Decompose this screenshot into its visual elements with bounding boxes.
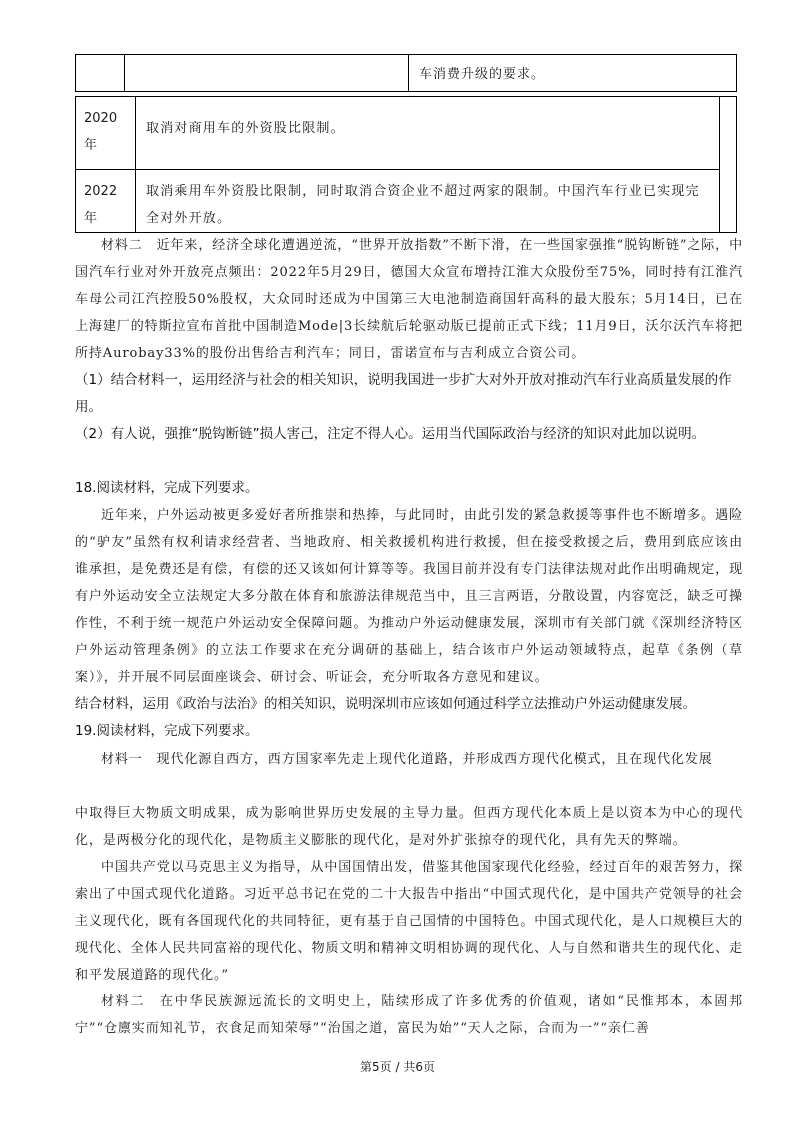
page-number: 第5页 / 共6页	[0, 1058, 795, 1075]
table-side-column	[719, 97, 736, 232]
q18-question: 结合材料，运用《政治与法治》的相关知识，说明深圳市应该如何通过科学立法推动户外运…	[75, 691, 743, 718]
q19-material1-para2: 中国共产党以马克思主义为指导，从中国国情出发，借鉴其他国家现代化经验，经过百年的…	[75, 854, 743, 989]
year-cell: 2020 年	[76, 97, 136, 169]
q18-material: 近年来，户外运动被更多爱好者所推崇和热捧，与此同时，由此引发的紧急救援等事件也不…	[75, 502, 743, 691]
year-value: 2022	[84, 178, 135, 205]
document-page: 车消费升级的要求。 2020 年 取消对商用车的外资股比限制。 2022 年 取…	[0, 0, 795, 1125]
q19-material1-line1: 材料一 现代化源自西方，西方国家率先走上现代化道路，并形成西方现代化模式，且在现…	[75, 746, 743, 773]
q18-heading: 18.阅读材料，完成下列要求。	[75, 475, 743, 502]
policy-description: 取消对商用车的外资股比限制。	[136, 97, 719, 169]
table-cell-empty	[76, 55, 125, 91]
table-cell-text: 车消费升级的要求。	[409, 55, 736, 91]
table-continuation: 车消费升级的要求。	[75, 54, 737, 92]
policy-description: 取消乘用车外资股比限制，同时取消合资企业不超过两家的限制。中国汽车行业已实现完全…	[136, 170, 719, 233]
year-cell: 2022 年	[76, 170, 136, 233]
q19-material2: 材料二 在中华民族源远流长的文明史上，陆续形成了许多优秀的价值观，诸如“民惟邦本…	[75, 988, 743, 1042]
policy-table: 2020 年 取消对商用车的外资股比限制。 2022 年 取消乘用车外资股比限制…	[75, 96, 737, 233]
table-row: 2022 年 取消乘用车外资股比限制，同时取消合资企业不超过两家的限制。中国汽车…	[76, 170, 719, 233]
q17-material2: 材料二 近年来，经济全球化遭遇逆流，“世界开放指数”不断下滑，在一些国家强推“脱…	[75, 232, 743, 367]
year-unit: 年	[84, 132, 135, 159]
q19-material1-cont: 中取得巨大物质文明成果，成为影响世界历史发展的主导力量。但西方现代化本质上是以资…	[75, 800, 743, 854]
q19-heading: 19.阅读材料，完成下列要求。	[75, 718, 743, 745]
table-cell-empty	[125, 55, 409, 91]
year-unit: 年	[84, 205, 135, 232]
table-row: 2020 年 取消对商用车的外资股比限制。	[76, 97, 719, 170]
year-value: 2020	[84, 105, 135, 132]
q17-question2: （2）有人说，强推“脱钩断链”损人害己，注定不得人心。运用当代国际政治与经济的知…	[75, 421, 743, 448]
q17-question1: （1）结合材料一，运用经济与社会的相关知识，说明我国进一步扩大对外开放对推动汽车…	[75, 367, 743, 421]
